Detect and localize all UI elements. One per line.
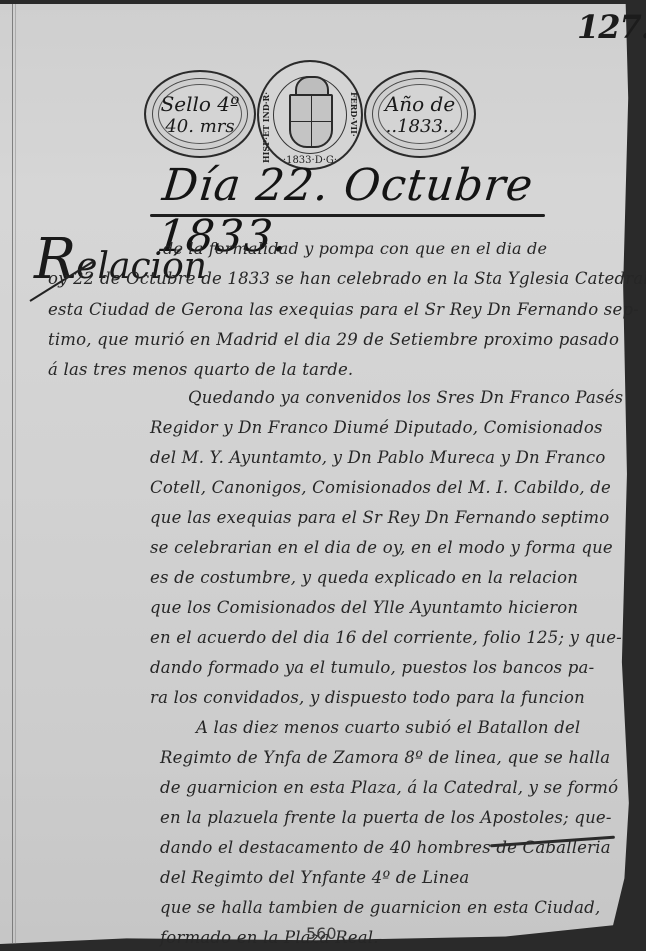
coat-of-arms-icon [289, 94, 333, 148]
page-fold-line-inner [15, 4, 16, 944]
stamp-left-oval: Sello 4º 40. mrs [144, 70, 256, 158]
manuscript-line: oy 22 de Octubre de 1833 se han celebrad… [48, 269, 646, 288]
stamp-sello-label: Sello 4º [146, 92, 254, 116]
manuscript-line: á las tres menos quarto de la tarde. [48, 360, 353, 379]
manuscript-line: que las exequias para el Sr Rey Dn Ferna… [150, 508, 609, 527]
manuscript-line: timo, que murió en Madrid el dia 29 de S… [48, 330, 619, 349]
manuscript-line: Quedando ya convenidos los Sres Dn Franc… [188, 388, 623, 407]
manuscript-line: esta Ciudad de Gerona las exequias para … [48, 300, 639, 319]
archive-number: 560 [306, 924, 337, 943]
manuscript-line: de guarnicion en esta Plaza, á la Catedr… [160, 778, 618, 797]
stamp-price-label: 40. mrs [146, 116, 254, 137]
manuscript-line: que los Comisionados del Ylle Ayuntamto … [150, 598, 578, 617]
royal-seal: HISP·ET IND·R· FERD·VII· ·1833·D·G· [257, 60, 363, 170]
crown-icon [295, 76, 329, 96]
manuscript-line: del M. Y. Ayuntamto, y Dn Pablo Mureca y… [150, 448, 606, 467]
manuscript-line: de la formalidad y pompa con que en el d… [163, 239, 547, 258]
manuscript-line: Regidor y Dn Franco Diumé Diputado, Comi… [150, 418, 603, 437]
manuscript-line: ra los convidados, y dispuesto todo para… [150, 688, 585, 707]
folio-number: 127. [577, 8, 646, 46]
stamp-right-oval: Año de ..1833.. [364, 70, 476, 158]
page-fold-line [12, 4, 13, 944]
manuscript-line: A las diez menos cuarto subió el Batallo… [196, 718, 580, 737]
manuscript-line: Cotell, Canonigos, Comisionados del M. I… [150, 478, 611, 497]
official-stamp: Sello 4º 40. mrs HISP·ET IND·R· FERD·VII… [142, 58, 472, 168]
manuscript-line: en el acuerdo del dia 16 del corriente, … [150, 628, 622, 647]
manuscript-line: del Regimto del Ynfante 4º de Linea [160, 868, 469, 887]
seal-legend-right: FERD·VII· [347, 92, 359, 137]
stamp-year-label: Año de [366, 92, 474, 116]
manuscript-line: en la plazuela frente la puerta de los A… [160, 808, 612, 827]
manuscript-line: se celebrarian en el dia de oy, en el mo… [150, 538, 613, 557]
manuscript-line: formado en la Plaza Real. [160, 928, 379, 947]
seal-legend-left: HISP·ET IND·R· [261, 92, 273, 163]
manuscript-line: es de costumbre, y queda explicado en la… [150, 568, 578, 587]
heading-underline [150, 214, 545, 217]
manuscript-line: Regimto de Ynfa de Zamora 8º de linea, q… [160, 748, 610, 767]
manuscript-line: dando formado ya el tumulo, puestos los … [150, 658, 594, 677]
manuscript-line: que se halla tambien de guarnicion en es… [160, 898, 600, 917]
stamp-year-value: ..1833.. [366, 116, 474, 137]
